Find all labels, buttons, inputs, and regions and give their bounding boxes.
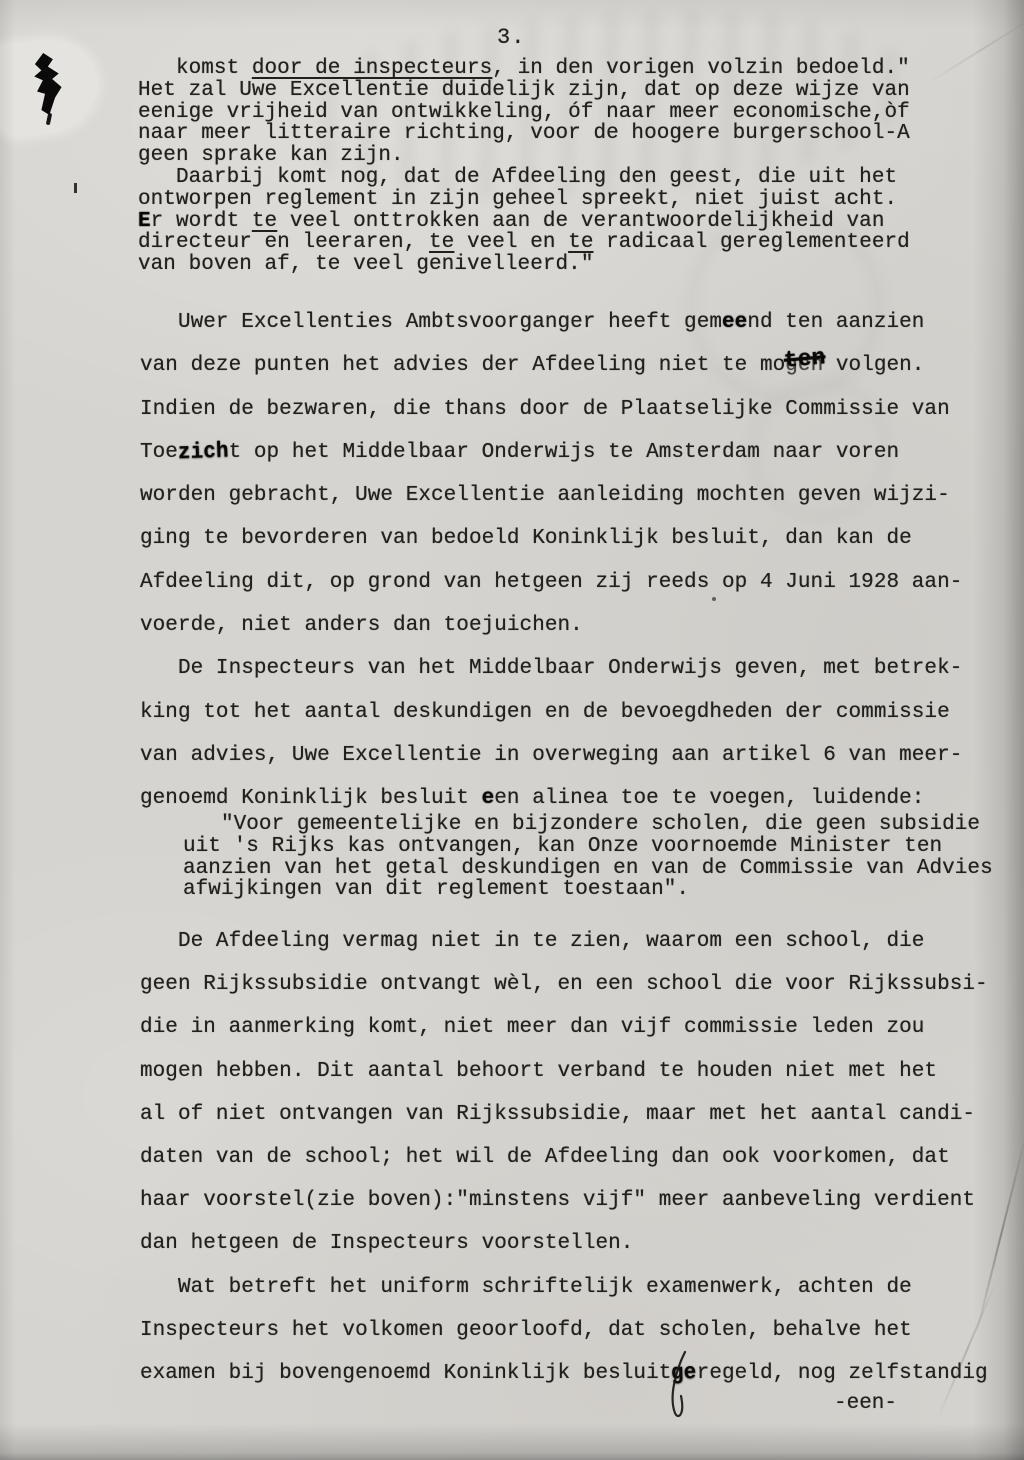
paragraph-block-3: De Afdeeling vermag niet in te zien, waa… [140, 920, 988, 1395]
paragraph-block-1: komst door de inspecteurs, in den vorige… [138, 58, 910, 276]
catchword: -een- [834, 1392, 897, 1415]
crease-mark [925, 15, 1024, 86]
scanned-document-page: 3. komst door de inspecteurs, in den vor… [0, 0, 1024, 1460]
paragraph-block-2: Uwer Excellenties Ambtsvoorganger heeft … [140, 301, 962, 821]
page-number: 3. [497, 25, 525, 50]
handwritten-insertion-mark [666, 1350, 694, 1424]
stray-mark [74, 183, 77, 193]
quote-block: "Voor gemeentelijke en bijzondere schole… [183, 814, 993, 901]
